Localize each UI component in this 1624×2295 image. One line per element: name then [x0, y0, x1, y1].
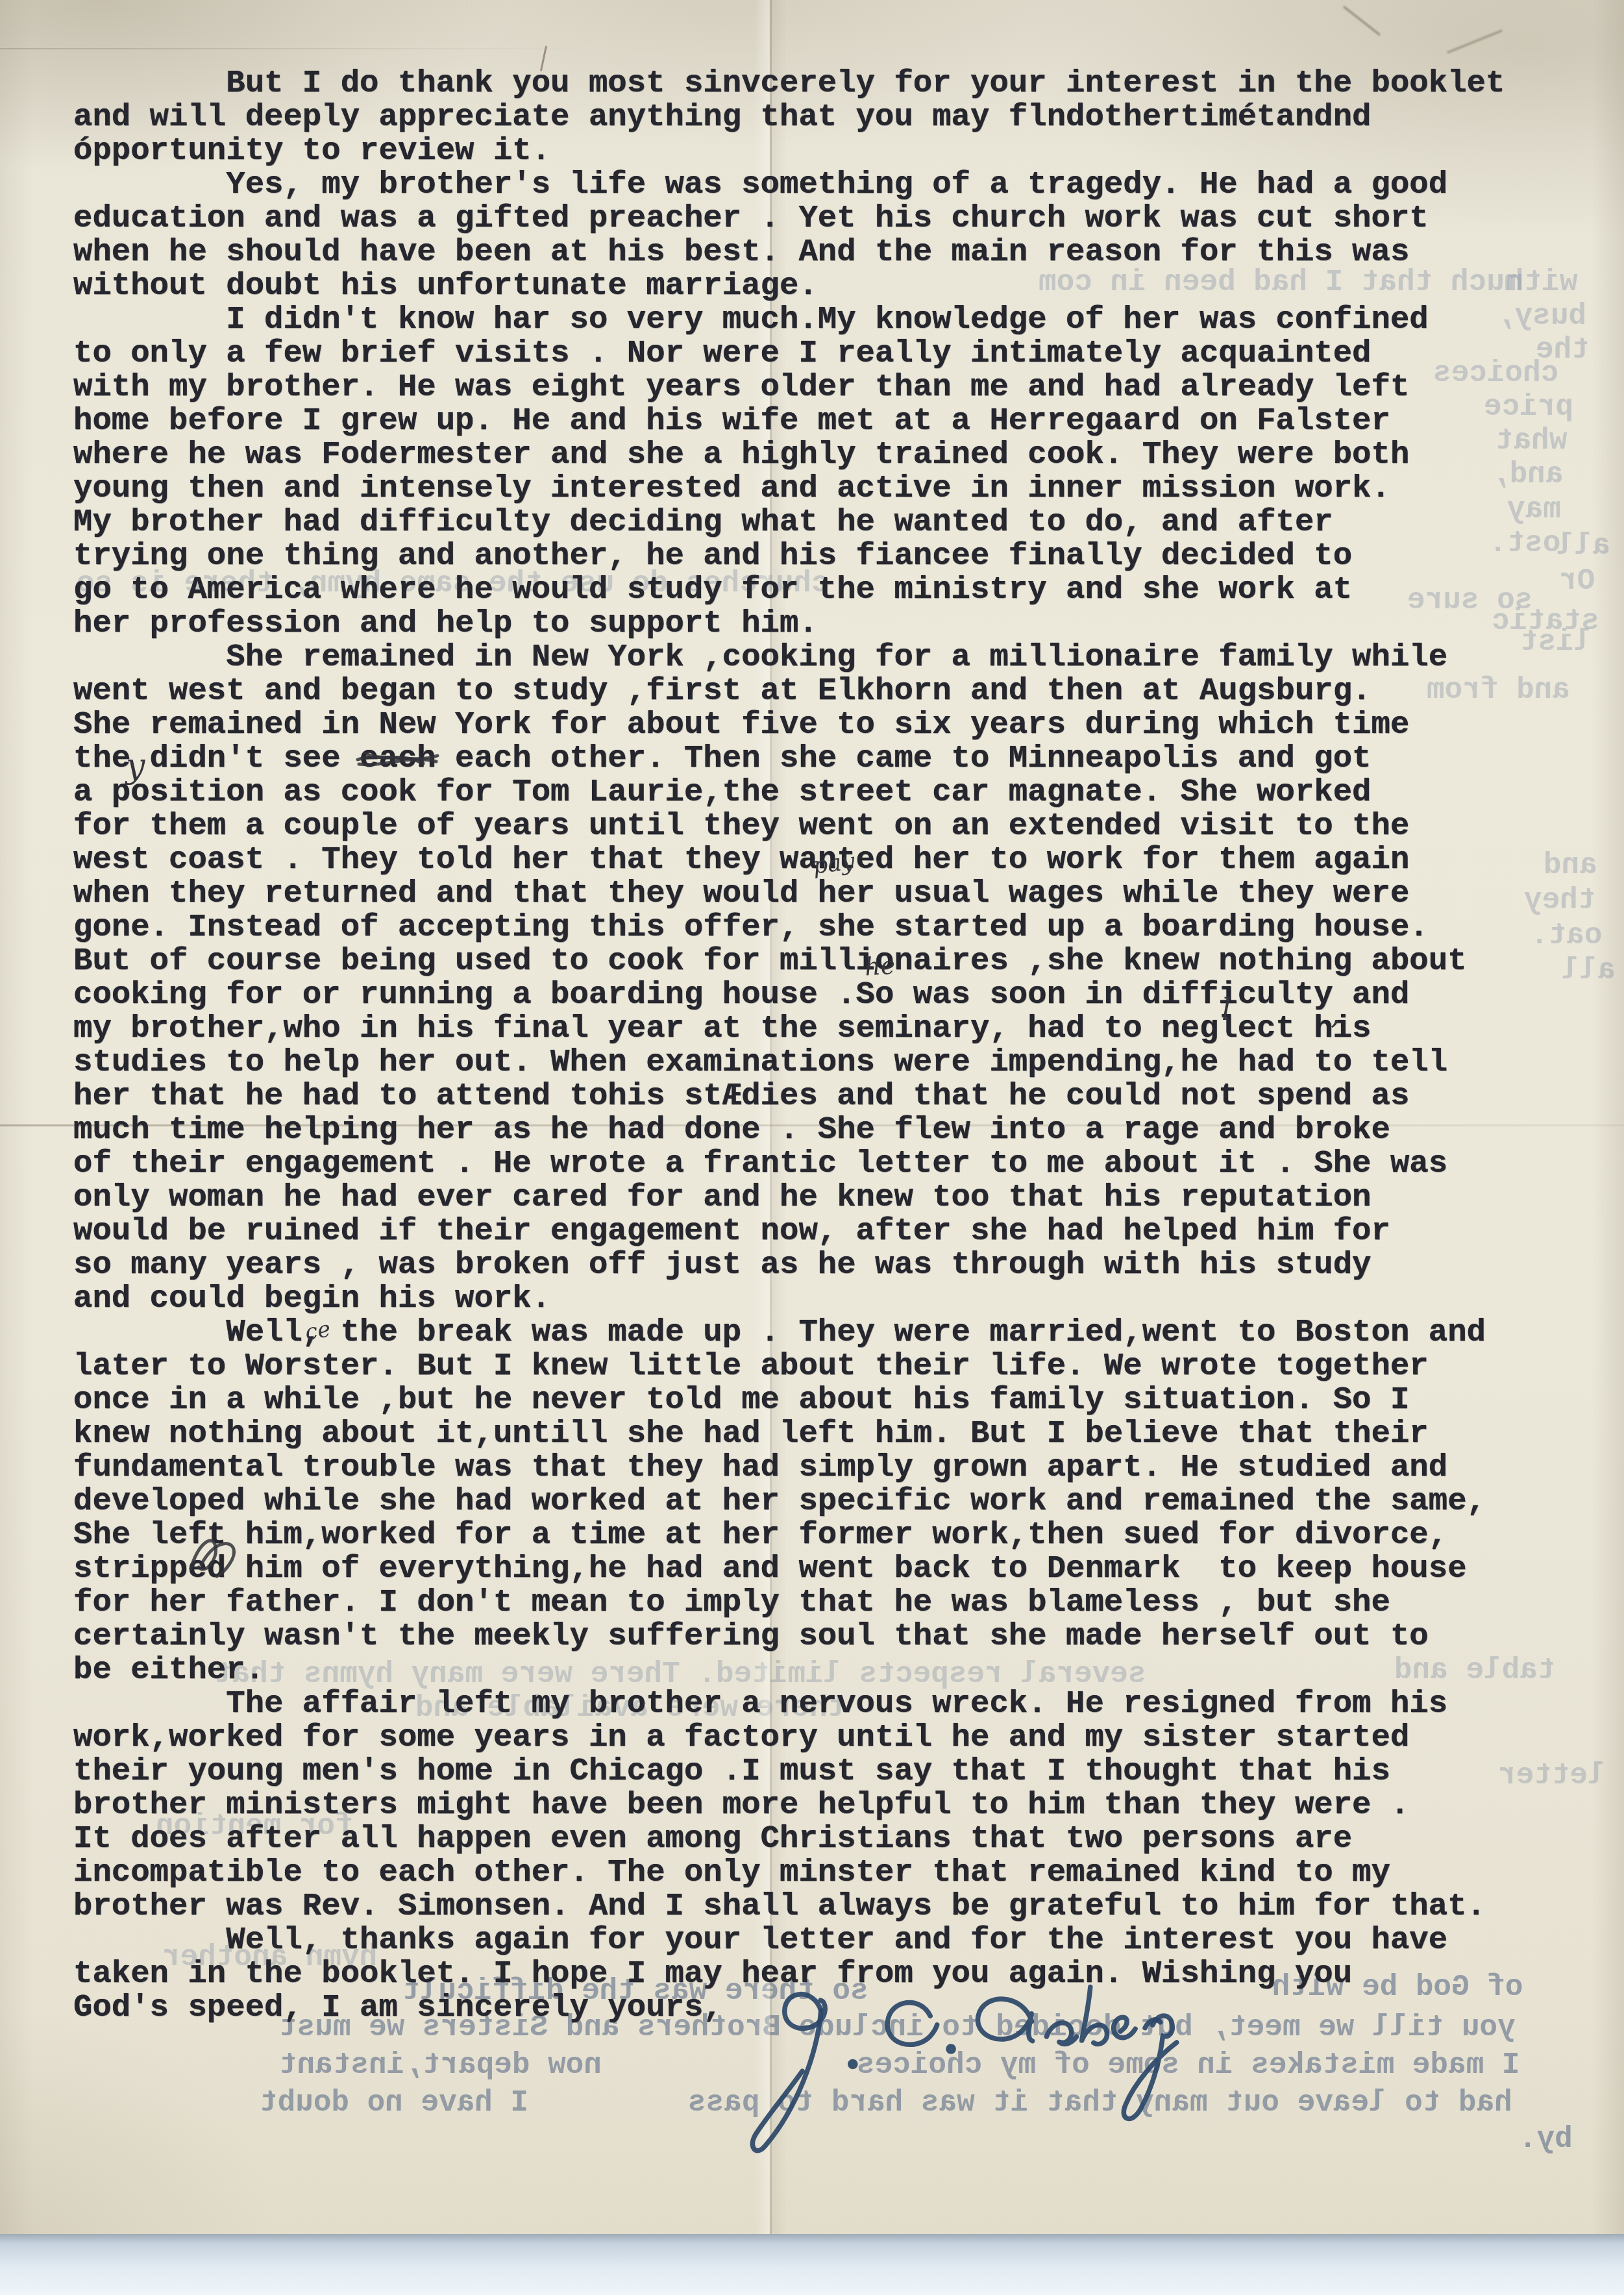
- ghost-text-line: and: [1544, 850, 1597, 880]
- ghost-text-line: what: [1495, 426, 1567, 456]
- ghost-text-line: I have no doubt: [260, 2088, 528, 2118]
- ghost-text-line: Or: [1559, 566, 1595, 596]
- pen-inserted-he: he: [864, 950, 896, 981]
- ghost-text-line: they: [1524, 886, 1595, 915]
- pen-overwrite-scribble: [179, 1530, 244, 1582]
- corner-dent-mark: [1447, 29, 1503, 54]
- ghost-text-line: with: [1506, 267, 1577, 297]
- ghost-text-line: all: [1556, 531, 1610, 561]
- top-crease: [0, 48, 584, 49]
- pen-strikeout-scribble: [356, 745, 440, 771]
- pen-inserted-correction: ce: [303, 1316, 333, 1346]
- pen-inserted-word-pay: pay: [811, 848, 856, 880]
- scanner-bed-strip: [0, 2234, 1624, 2295]
- ghost-text-line: busy,: [1497, 301, 1586, 331]
- pen-inserted-letter-y: y: [126, 747, 145, 786]
- letter-body: But I do thank you most sinvcerely for y…: [73, 66, 1505, 2024]
- letter-page: much that I had been in comwithbusy,thec…: [0, 0, 1624, 2235]
- ghost-text-line: may: [1507, 495, 1561, 525]
- pen-inserted-letter-l: l: [1222, 992, 1231, 1027]
- signature: [722, 1959, 1183, 2176]
- ghost-text-line: letter: [1498, 1761, 1606, 1791]
- ghost-text-line: list: [1520, 627, 1592, 657]
- ghost-text-line: all: [1562, 956, 1616, 986]
- ghost-text-line: now depart,instant: [279, 2050, 602, 2080]
- pen-inserted-comma: ,: [1331, 995, 1340, 1031]
- corner-dent-mark: [1342, 5, 1381, 36]
- ghost-text-line: by.: [1519, 2124, 1573, 2154]
- ghost-text-line: oat.: [1531, 921, 1602, 950]
